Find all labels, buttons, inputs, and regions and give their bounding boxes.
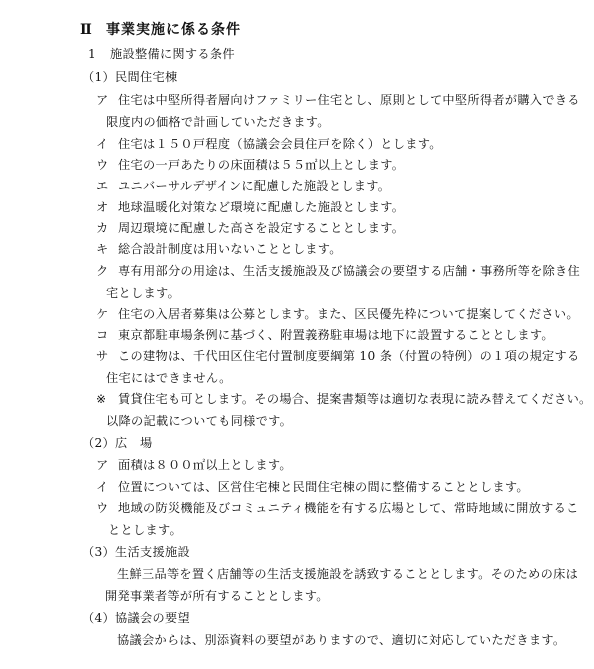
section-title-text: 事業実施に係る条件 [106, 22, 241, 38]
item-text: ユニバーサルデザインに配慮した施設とします。 [118, 179, 390, 193]
item-text: 住宅の入居者募集は公募とします。また、区民優先枠について提案してください。 [118, 307, 579, 321]
item-text: 総合設計制度は用いないこととします。 [118, 242, 342, 256]
heading-council-requests: （4）協議会の要望 [82, 610, 190, 626]
section-number: Ⅱ [80, 22, 106, 38]
list-item: ク専有用部分の用途は、生活支援施設及び協議会の要望する店舗・事務所等を除き住 [96, 263, 580, 279]
paragraph: 協議会からは、別添資料の要望がありますので、適切に対応していただきます。 [117, 632, 565, 648]
item-text: 地域の防災機能及びコミュニティ機能を有する広場として、常時地域に開放するこ [118, 501, 579, 515]
item-marker: ク [96, 263, 118, 279]
subsection-text: 施設整備に関する条件 [110, 47, 235, 61]
paragraph: 生鮮三品等を置く店舗等の生活支援施設を誘致することとします。そのための床は [117, 566, 578, 582]
item-marker: オ [96, 199, 118, 215]
list-item: カ周辺環境に配慮した高さを設定することとします。 [96, 220, 404, 236]
note-text: 賃貸住宅も可とします。その場合、提案書類等は適切な表現に読み替えてください。 [118, 392, 592, 406]
list-item: イ位置については、区営住宅棟と民間住宅棟の間に整備することとします。 [96, 479, 529, 495]
list-item-continuation: ととします。 [108, 522, 182, 538]
item-marker: カ [96, 220, 118, 236]
list-item: エユニバーサルデザインに配慮した施設とします。 [96, 178, 390, 194]
item-text: 位置については、区営住宅棟と民間住宅棟の間に整備することとします。 [118, 480, 529, 494]
heading-plaza: （2）広 場 [82, 435, 153, 451]
subsection-number: 1 [88, 46, 110, 62]
item-marker: コ [96, 327, 118, 343]
item-marker: ア [96, 457, 118, 473]
paragraph-continuation: 開発事業者等が所有することとします。 [105, 588, 329, 604]
item-marker: エ [96, 178, 118, 194]
item-text: 住宅は中堅所得者層向けファミリー住宅とし、原則として中堅所得者が購入できる [118, 93, 580, 107]
item-text: 地球温暖化対策など環境に配慮した施設とします。 [118, 200, 404, 214]
item-text: 東京都駐車場条例に基づく、附置義務駐車場は地下に設置することとします。 [118, 328, 554, 342]
list-item: キ総合設計制度は用いないこととします。 [96, 241, 342, 257]
list-item: ケ住宅の入居者募集は公募とします。また、区民優先枠について提案してください。 [96, 306, 579, 322]
subsection-heading: 1施設整備に関する条件 [88, 46, 235, 62]
note-marker: ※ [96, 391, 118, 407]
item-text: 住宅の一戸あたりの床面積は５５㎡以上とします。 [118, 158, 404, 172]
item-text: 住宅は１５０戸程度（協議会会員住戸を除く）とします。 [118, 137, 442, 151]
list-item: サこの建物は、千代田区住宅付置制度要綱第 10 条（付置の特例）の１項の規定する [96, 348, 580, 364]
list-item: イ住宅は１５０戸程度（協議会会員住戸を除く）とします。 [96, 136, 442, 152]
list-item-continuation: 限度内の価格で計画していただきます。 [106, 114, 330, 130]
list-item: ア面積は８００㎡以上とします。 [96, 457, 292, 473]
list-item: ウ住宅の一戸あたりの床面積は５５㎡以上とします。 [96, 157, 404, 173]
list-item-continuation: 住宅にはできません。 [106, 370, 232, 386]
note-item: ※賃貸住宅も可とします。その場合、提案書類等は適切な表現に読み替えてください。 [96, 391, 592, 407]
list-item-continuation: 宅とします。 [106, 285, 180, 301]
item-marker: ア [96, 92, 118, 108]
heading-private-housing: （1）民間住宅棟 [82, 69, 177, 85]
list-item: コ東京都駐車場条例に基づく、附置義務駐車場は地下に設置することとします。 [96, 327, 554, 343]
item-text: 専有用部分の用途は、生活支援施設及び協議会の要望する店舗・事務所等を除き住 [118, 264, 580, 278]
item-text: 面積は８００㎡以上とします。 [118, 458, 292, 472]
heading-life-support: （3）生活支援施設 [82, 544, 190, 560]
item-marker: サ [96, 348, 118, 364]
item-marker: キ [96, 241, 118, 257]
list-item: ア住宅は中堅所得者層向けファミリー住宅とし、原則として中堅所得者が購入できる [96, 92, 580, 108]
item-text: 周辺環境に配慮した高さを設定することとします。 [118, 221, 404, 235]
note-continuation: 以降の記載についても同様です。 [106, 413, 292, 429]
item-marker: イ [96, 136, 118, 152]
item-marker: ウ [96, 157, 118, 173]
section-title: Ⅱ事業実施に係る条件 [80, 22, 241, 38]
item-marker: ケ [96, 306, 118, 322]
item-text: この建物は、千代田区住宅付置制度要綱第 10 条（付置の特例）の１項の規定する [118, 349, 580, 363]
list-item: オ地球温暖化対策など環境に配慮した施設とします。 [96, 199, 404, 215]
item-marker: ウ [96, 500, 118, 516]
item-marker: イ [96, 479, 118, 495]
list-item: ウ地域の防災機能及びコミュニティ機能を有する広場として、常時地域に開放するこ [96, 500, 579, 516]
